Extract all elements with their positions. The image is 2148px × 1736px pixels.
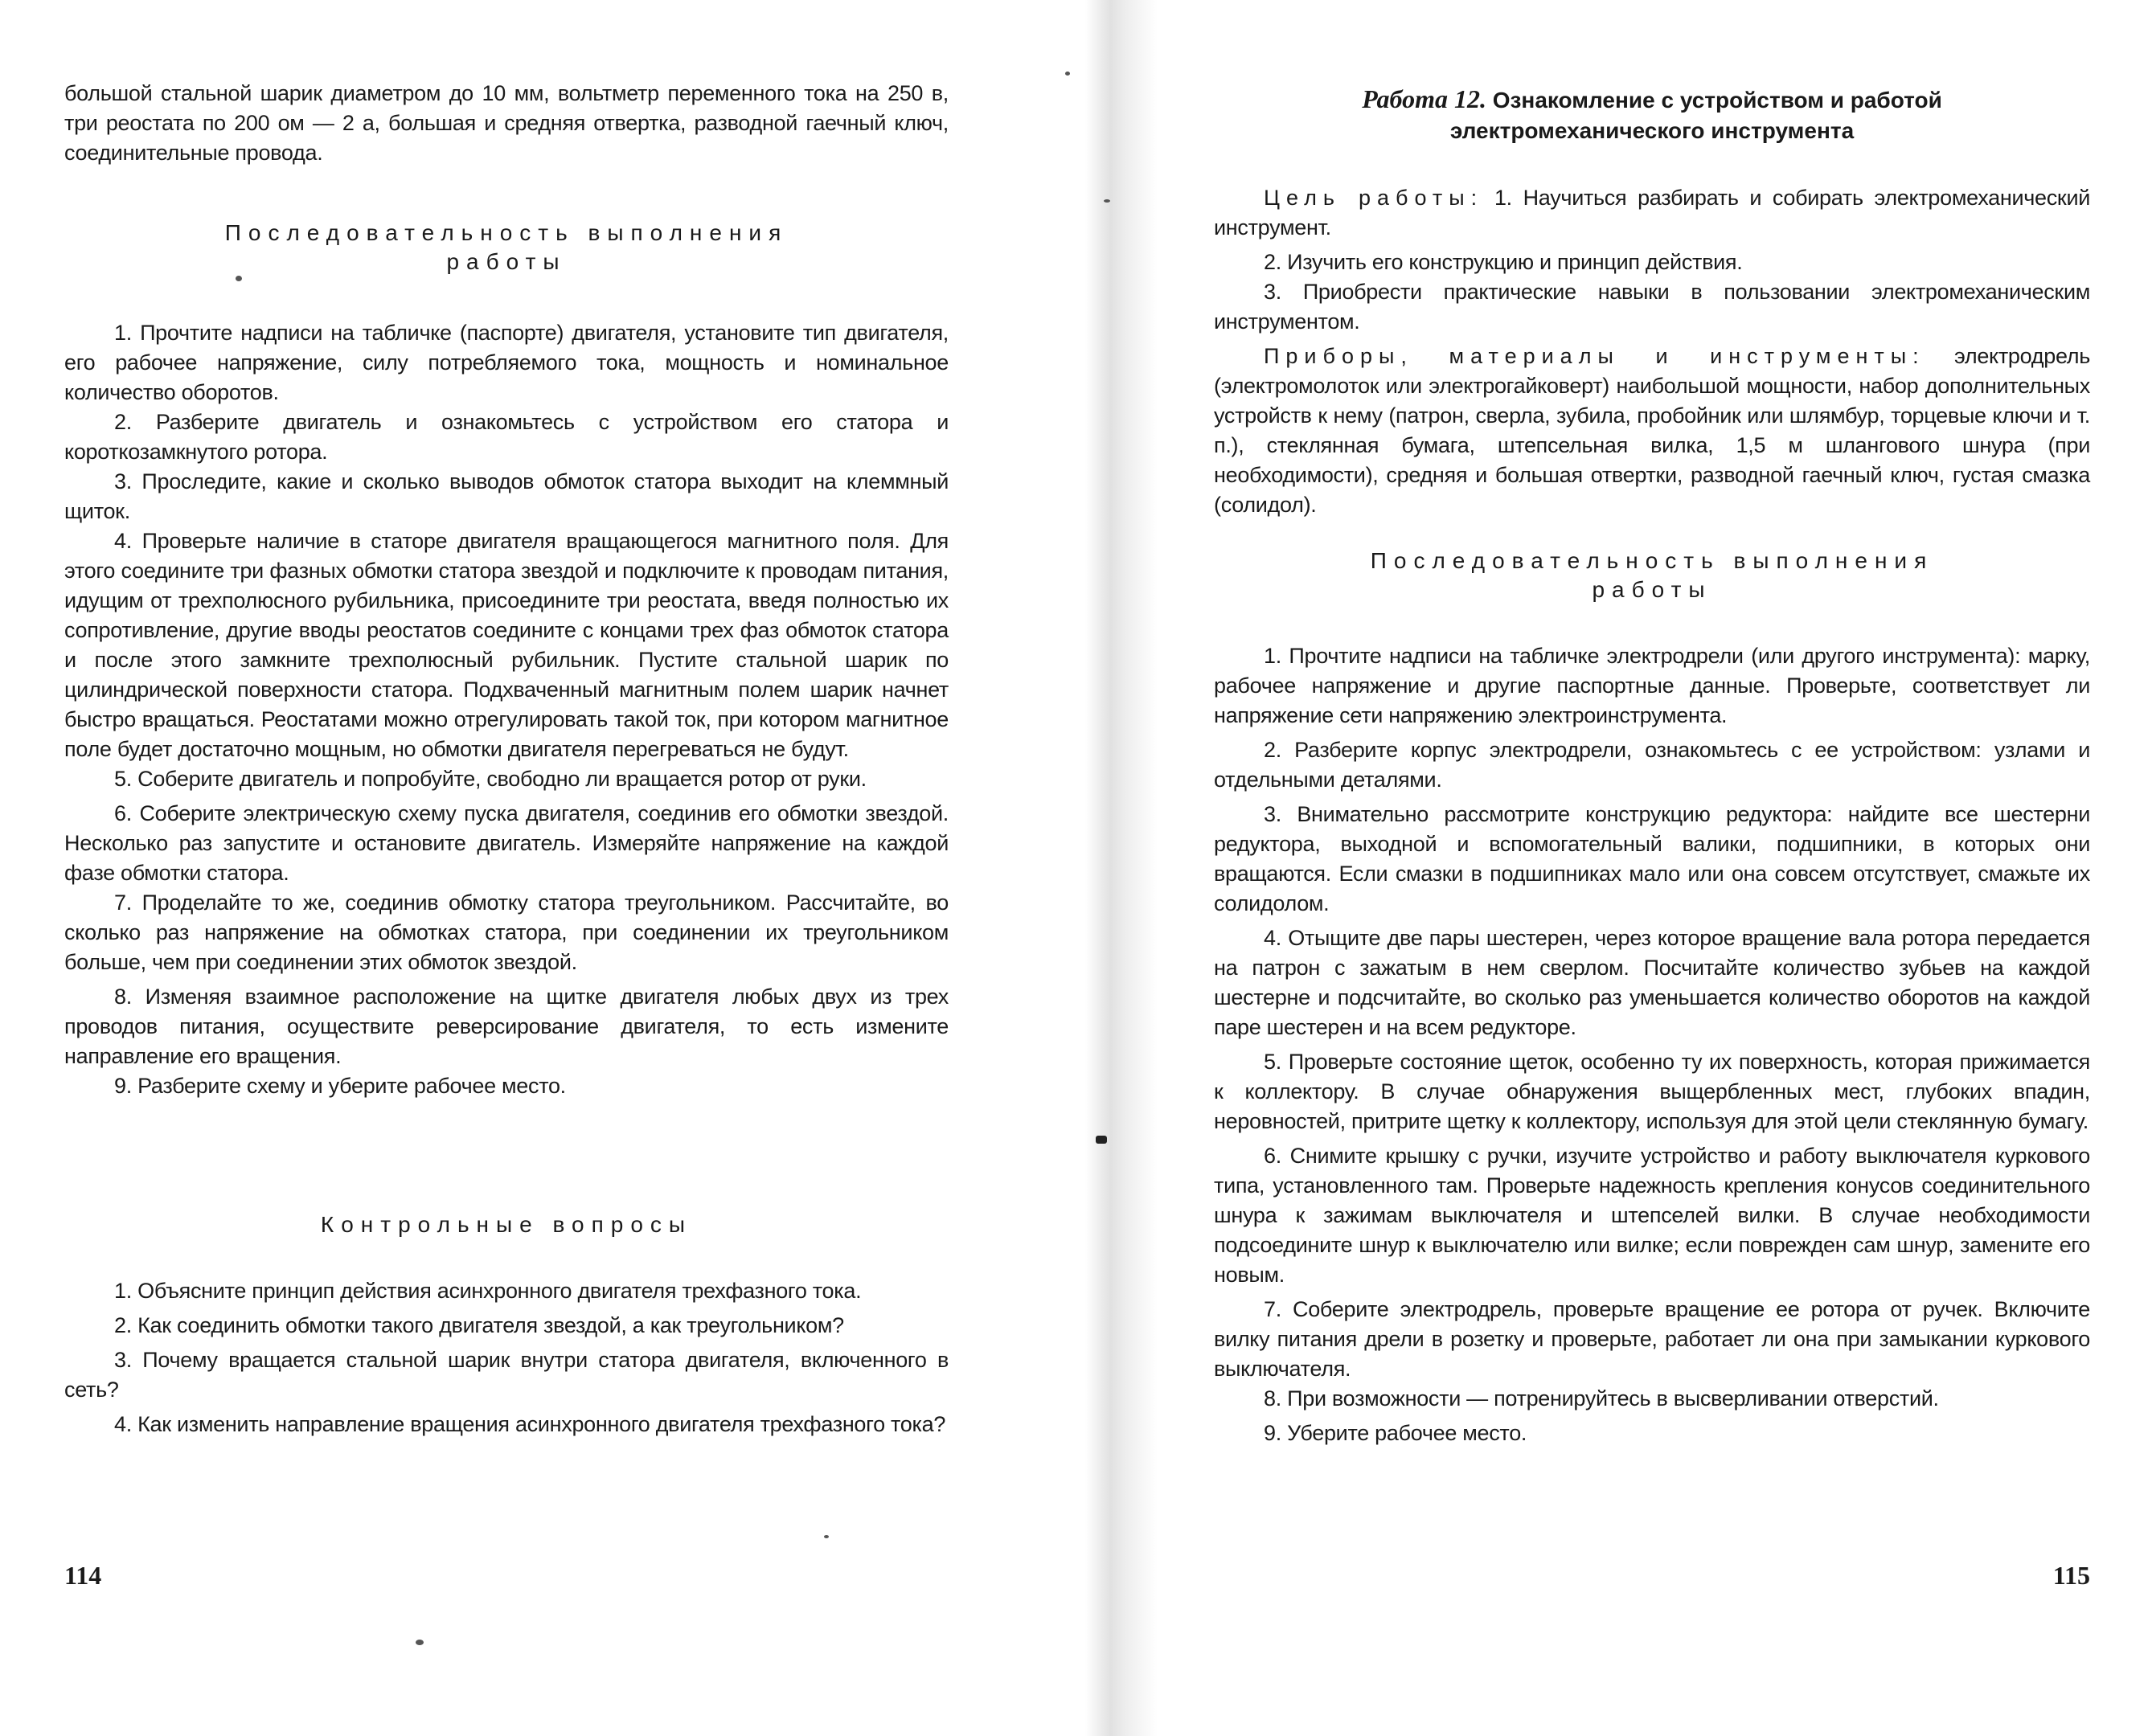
step-item: 5. Соберите двигатель и попробуйте, своб… bbox=[64, 764, 949, 794]
goal-item: 2. Изучить его конструкцию и принцип дей… bbox=[1214, 248, 2090, 277]
page-number-left: 114 bbox=[64, 1561, 101, 1591]
step-item: 6. Соберите электрическую схему пуска дв… bbox=[64, 799, 949, 888]
procedure-heading-line2: работы bbox=[1214, 575, 2090, 604]
work-number: Работа 12. bbox=[1362, 84, 1486, 113]
scan-speck bbox=[1096, 1136, 1107, 1144]
scan-speck bbox=[824, 1535, 829, 1538]
equipment-paragraph: Приборы, материалы и инструменты: электр… bbox=[1214, 342, 2090, 520]
procedure-heading: Последовательность выполнения работы bbox=[64, 219, 949, 276]
goal-label: Цель работы: bbox=[1264, 186, 1483, 210]
step-item: 5. Проверьте состояние щеток, особенно т… bbox=[1214, 1047, 2090, 1136]
control-questions: 1. Объясните принцип действия асинхронно… bbox=[64, 1276, 949, 1439]
page-number-right: 115 bbox=[2053, 1561, 2090, 1591]
goal-item: 3. Приобрести практические навыки в поль… bbox=[1214, 277, 2090, 337]
questions-heading: Контрольные вопросы bbox=[64, 1210, 949, 1239]
step-item: 3. Проследите, какие и сколько выводов о… bbox=[64, 467, 949, 526]
step-item: 2. Разберите корпус электродрели, ознако… bbox=[1214, 735, 2090, 795]
procedure-steps: 1. Прочтите надписи на табличке (паспорт… bbox=[64, 318, 949, 1101]
step-item: 4. Проверьте наличие в статоре двигателя… bbox=[64, 526, 949, 764]
goals-section: Цель работы: 1. Научиться разбирать и со… bbox=[1214, 183, 2090, 520]
step-item: 1. Прочтите надписи на табличке (паспорт… bbox=[64, 318, 949, 407]
scan-speck bbox=[236, 276, 242, 281]
scan-speck bbox=[416, 1640, 424, 1645]
book-gutter-shadow bbox=[1085, 0, 1158, 1736]
intro-paragraph: большой стальной шарик диаметром до 10 м… bbox=[64, 79, 949, 168]
procedure-heading-line1: Последовательность выполнения bbox=[64, 219, 949, 248]
left-page: большой стальной шарик диаметром до 10 м… bbox=[64, 0, 949, 1736]
scan-speck bbox=[1104, 199, 1110, 203]
step-item: 9. Уберите рабочее место. bbox=[1214, 1419, 2090, 1448]
work-title: Работа 12. Ознакомление с устройством и … bbox=[1214, 84, 2090, 146]
question-item: 4. Как изменить направление вращения аси… bbox=[64, 1410, 949, 1439]
procedure-heading-line2: работы bbox=[64, 248, 949, 276]
question-item: 3. Почему вращается стальной шарик внутр… bbox=[64, 1345, 949, 1405]
step-item: 4. Отыщите две пары шестерен, через кото… bbox=[1214, 923, 2090, 1042]
work-title-text: Ознакомление с устройством и работой bbox=[1493, 88, 1942, 113]
equipment-label: Приборы, материалы и инструменты: bbox=[1264, 344, 1925, 368]
step-item: 7. Соберите электродрель, проверьте вращ… bbox=[1214, 1295, 2090, 1384]
right-page: Работа 12. Ознакомление с устройством и … bbox=[1214, 0, 2090, 1736]
work-title-line1: Работа 12. Ознакомление с устройством и … bbox=[1214, 84, 2090, 116]
step-item: 9. Разберите схему и уберите рабочее мес… bbox=[64, 1071, 949, 1101]
question-item: 1. Объясните принцип действия асинхронно… bbox=[64, 1276, 949, 1306]
question-item: 2. Как соединить обмотки такого двигател… bbox=[64, 1311, 949, 1341]
step-item: 1. Прочтите надписи на табличке электрод… bbox=[1214, 641, 2090, 731]
step-item: 8. Изменяя взаимное расположение на щитк… bbox=[64, 982, 949, 1071]
procedure-heading-line1: Последовательность выполнения bbox=[1214, 547, 2090, 575]
step-item: 3. Внимательно рассмотрите конструкцию р… bbox=[1214, 800, 2090, 919]
step-item: 6. Снимите крышку с ручки, изучите устро… bbox=[1214, 1141, 2090, 1290]
goal-item: Цель работы: 1. Научиться разбирать и со… bbox=[1214, 183, 2090, 243]
work-title-line2: электромеханического инструмента bbox=[1214, 116, 2090, 146]
procedure-steps: 1. Прочтите надписи на табличке электрод… bbox=[1214, 641, 2090, 1448]
step-item: 7. Проделайте то же, соединив обмотку ст… bbox=[64, 888, 949, 977]
step-item: 8. При возможности — потренируйтесь в вы… bbox=[1214, 1384, 2090, 1414]
intro-text: большой стальной шарик диаметром до 10 м… bbox=[64, 79, 949, 168]
procedure-heading: Последовательность выполнения работы bbox=[1214, 547, 2090, 604]
step-item: 2. Разберите двигатель и ознакомьтесь с … bbox=[64, 407, 949, 467]
scan-speck bbox=[1065, 72, 1070, 76]
